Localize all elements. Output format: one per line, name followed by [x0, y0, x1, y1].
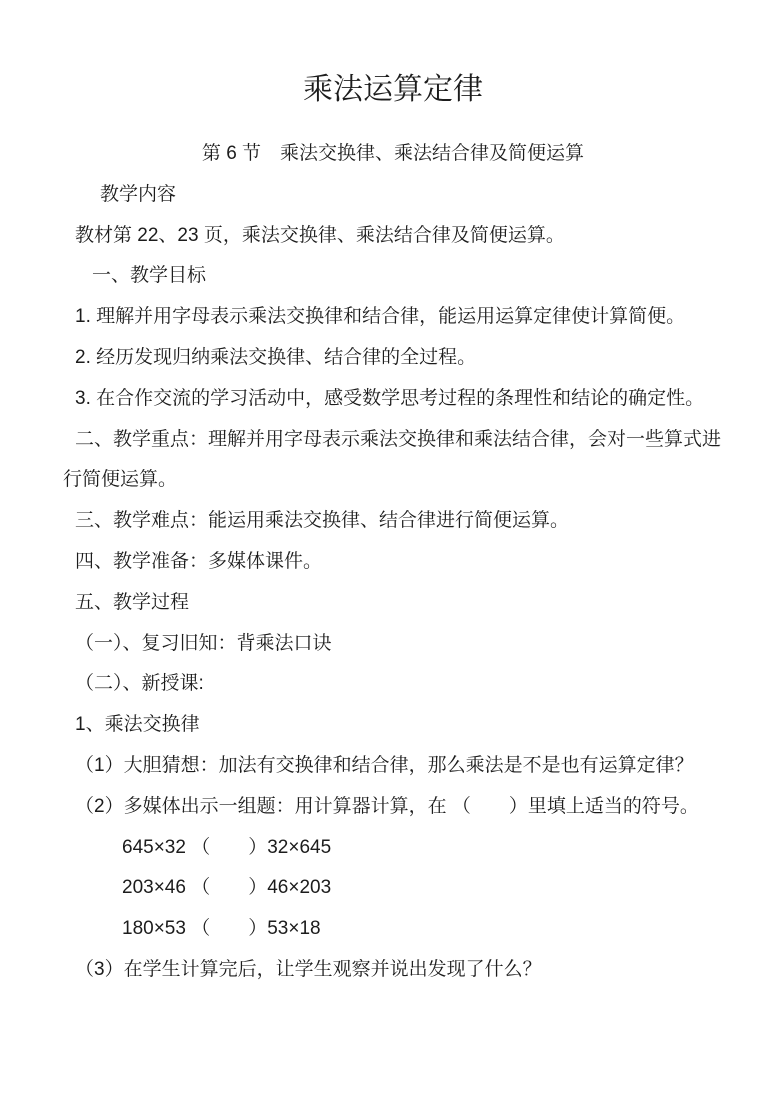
paragraph-line: 五、教学过程 — [63, 583, 723, 624]
paragraph-line: 四、教学准备：多媒体课件。 — [63, 542, 723, 583]
paragraph-line: 二、教学重点：理解并用字母表示乘法交换律和乘法结合律，会对一些算式进行简便运算。 — [63, 420, 723, 502]
paragraph-line: （3）在学生计算完后，让学生观察并说出发现了什么？ — [63, 950, 723, 991]
paragraph-line: 180×53 （ ）53×18 — [63, 909, 723, 950]
paragraph-line: 1. 理解并用字母表示乘法交换律和结合律，能运用运算定律使计算简便。 — [63, 297, 723, 338]
paragraph-line: 一、教学目标 — [63, 256, 723, 297]
paragraph-line: （二）、新授课: — [63, 664, 723, 705]
paragraph-line: （2）多媒体出示一组题：用计算器计算，在 （ ）里填上适当的符号。 — [63, 787, 723, 828]
document-title: 乘法运算定律 — [63, 68, 723, 112]
paragraph-line: 1、乘法交换律 — [63, 705, 723, 746]
paragraph-line: 教学内容 — [63, 175, 723, 216]
paragraph-line: 3. 在合作交流的学习活动中，感受数学思考过程的条理性和结论的确定性。 — [63, 379, 723, 420]
paragraph-line: 645×32 （ ）32×645 — [63, 828, 723, 869]
paragraph-line: 203×46 （ ）46×203 — [63, 868, 723, 909]
paragraph-line: 2. 经历发现归纳乘法交换律、结合律的全过程。 — [63, 338, 723, 379]
document-body: 教学内容教材第 22、23 页，乘法交换律、乘法结合律及简便运算。一、教学目标1… — [63, 175, 723, 991]
paragraph-line: 教材第 22、23 页，乘法交换律、乘法结合律及简便运算。 — [63, 216, 723, 257]
document-subtitle: 第 6 节 乘法交换律、乘法结合律及简便运算 — [63, 134, 723, 175]
paragraph-line: （1）大胆猜想：加法有交换律和结合律，那么乘法是不是也有运算定律？ — [63, 746, 723, 787]
paragraph-line: （一）、复习旧知：背乘法口诀 — [63, 624, 723, 665]
paragraph-line: 三、教学难点：能运用乘法交换律、结合律进行简便运算。 — [63, 501, 723, 542]
document-page: 乘法运算定律 第 6 节 乘法交换律、乘法结合律及简便运算 教学内容教材第 22… — [0, 0, 780, 1103]
